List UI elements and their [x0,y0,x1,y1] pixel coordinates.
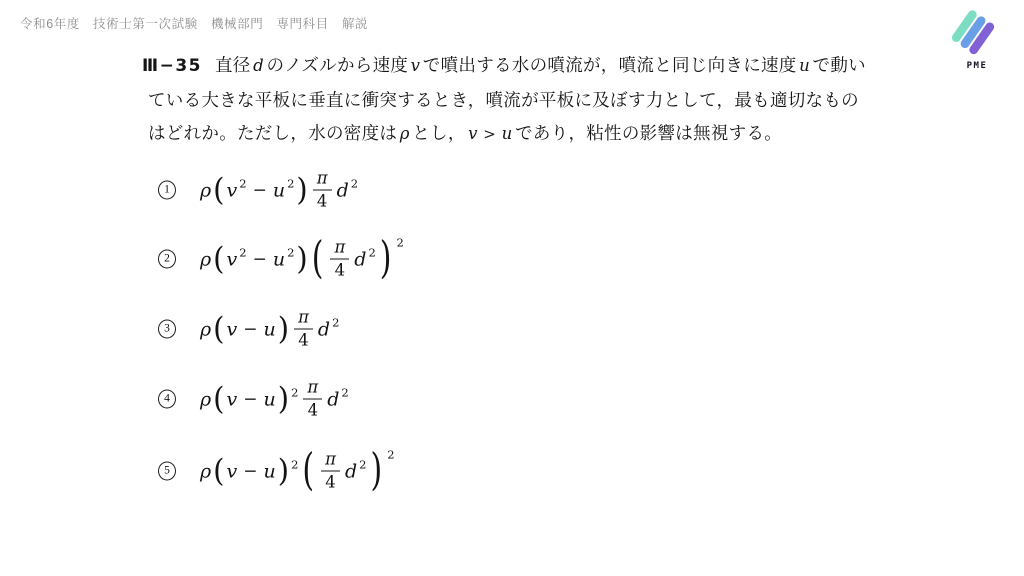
option-4: 4 ρ(v−u)2π4d2 [158,380,350,419]
question-line-1-text: 直径dのノズルから速度vで噴出する水の噴流が，噴流と同じ向きに速度uで動い [215,56,866,76]
option-1: 1 ρ(v2−u2)π4d2 [158,171,359,210]
option-3: 3 ρ(v−u)π4d2 [158,310,340,349]
document-header: 令和6年度 技術士第一次試験 機械部門 専門科目 解説 [20,14,368,32]
question-line-3: はどれか。ただし，水の密度はρとし，v>uであり，粘性の影響は無視する。 [148,120,782,145]
pme-logo-icon [948,6,1006,64]
pme-logo: PME [946,6,1008,71]
option-1-number: 1 [158,181,176,200]
question-number: Ⅲ−35 [142,56,202,76]
question-line-2: ている大きな平板に垂直に衝突するとき，噴流が平板に及ぼす力として，最も適切なもの [148,87,859,112]
option-1-formula: ρ(v2−u2)π4d2 [199,171,359,210]
option-5-number: 5 [158,462,176,481]
option-5-formula: ρ(v−u)2(π4d2)2 [199,452,395,491]
option-3-formula: ρ(v−u)π4d2 [199,310,340,349]
option-2: 2 ρ(v2−u2)(π4d2)2 [158,240,404,279]
question-line-1: Ⅲ−35直径dのノズルから速度vで噴出する水の噴流が，噴流と同じ向きに速度uで動… [142,52,866,77]
option-2-number: 2 [158,250,176,269]
option-5: 5 ρ(v−u)2(π4d2)2 [158,452,395,491]
option-3-number: 3 [158,320,176,339]
pme-logo-text: PME [946,61,1008,71]
option-4-formula: ρ(v−u)2π4d2 [199,380,350,419]
option-4-number: 4 [158,390,176,409]
option-2-formula: ρ(v2−u2)(π4d2)2 [199,240,404,279]
